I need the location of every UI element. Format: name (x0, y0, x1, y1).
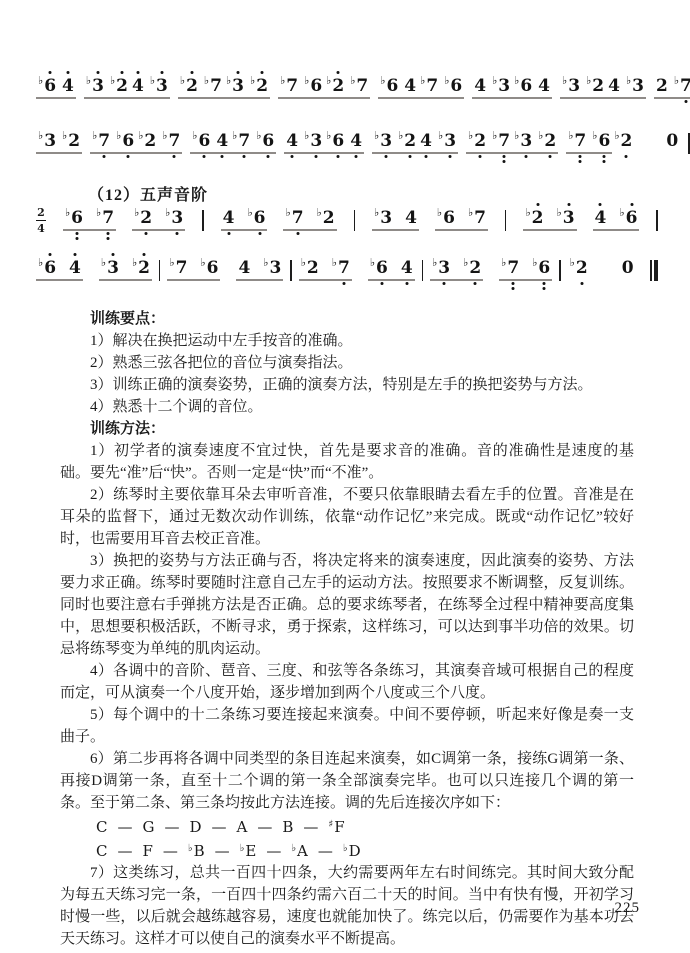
jianpu-note: ♭6 (619, 210, 637, 227)
note-digit: 7 (680, 78, 690, 95)
flat-icon: ♭ (614, 130, 619, 141)
flat-icon: ♭ (162, 130, 167, 141)
octave-dot (380, 282, 383, 285)
key-letter: F (142, 842, 152, 860)
jianpu-note: ♭7 (232, 133, 250, 150)
note-digit: 2 (404, 133, 416, 150)
method-paragraph: 2）练琴时主要依靠耳朵去审听音准，不要只依靠眼睛去看左手的位置。音准是在耳朵的监… (60, 484, 634, 550)
note-digit: 3 (380, 210, 392, 227)
eighth-note-beam: ♭64 (368, 260, 415, 281)
jianpu-note: ♭2 (132, 260, 150, 277)
jianpu-note: ♭7 (332, 260, 350, 277)
jianpu-note: ♭6 (532, 260, 550, 277)
barline (290, 260, 292, 281)
flat-icon: ♭ (38, 75, 43, 86)
jianpu-note: ♭2 (301, 260, 319, 277)
measure: ♭64♭3♭2 (324, 133, 418, 154)
key-name: ♭B (188, 842, 205, 860)
eighth-note-beam: ♭3♭2 (36, 133, 82, 154)
eighth-note-beam: ♭2♭7 (178, 78, 224, 99)
measure: ♭64♭3♭2 (512, 78, 606, 99)
jianpu-note: ♭7 (350, 78, 368, 95)
flat-icon: ♭ (291, 843, 296, 854)
octave-dot (580, 282, 583, 285)
jianpu-note: 4 (474, 78, 486, 95)
note-digit: 3 (438, 260, 450, 277)
flat-icon: ♭ (619, 207, 624, 218)
octave-dot (385, 155, 388, 158)
jianpu-note: ♭2 (463, 260, 481, 277)
flat-icon: ♭ (444, 75, 449, 86)
flat-icon: ♭ (556, 207, 561, 218)
octave-dot (221, 155, 224, 158)
jianpu-note: ♭3 (374, 210, 392, 227)
dash-separator: — (117, 818, 132, 836)
method-paragraph: 5）每个调中的十二条练习要连接起来演奏。中间不要停顿，听起来好像是奏一支曲子。 (60, 704, 634, 748)
flat-icon: ♭ (370, 257, 375, 268)
dash-separator: — (117, 842, 132, 860)
sharp-icon: ♯ (328, 819, 333, 830)
jianpu-note: ♭6 (437, 210, 455, 227)
octave-dot (107, 232, 110, 235)
key-name: ♭D (343, 842, 361, 860)
jianpu-rest: 0 (622, 260, 634, 277)
eighth-note-beam: ♭3♭2 (224, 78, 270, 99)
flat-icon: ♭ (204, 75, 209, 86)
flat-icon: ♭ (568, 130, 573, 141)
keypoint-item: 2）熟悉三弦各把位的音位与演奏指法。 (60, 352, 634, 374)
keypoints-heading: 训练要点： (60, 308, 634, 330)
flat-icon: ♭ (492, 130, 497, 141)
measure: ♭3♭2♭7♭6 (512, 133, 612, 154)
flat-icon: ♭ (38, 257, 43, 268)
jianpu-note: ♭7 (492, 133, 510, 150)
eighth-note-beam: ♭64 (36, 260, 83, 281)
eighth-note-beam: 4♭6 (593, 210, 640, 231)
note-digit: 0 (666, 133, 678, 150)
jianpu-note: ♭7 (96, 210, 114, 227)
dash-separator: — (257, 818, 272, 836)
note-digit: 4 (238, 260, 250, 277)
octave-dot (449, 155, 452, 158)
jianpu-note: ♭3 (374, 133, 392, 150)
eighth-note-beam: ♭3♭2 (512, 133, 558, 154)
measure: ♭7♭64♭3 (230, 133, 324, 154)
jianpu-note: ♭6 (200, 260, 218, 277)
jianpu-note: ♭2 (134, 210, 152, 227)
jianpu-note: 4 (62, 78, 74, 95)
note-digit: 7 (102, 210, 114, 227)
jianpu-note: ♭6 (592, 133, 610, 150)
flat-icon: ♭ (263, 257, 268, 268)
flat-icon: ♭ (285, 207, 290, 218)
eighth-note-beam: ♭6♭7 (63, 210, 116, 231)
octave-dot (625, 155, 628, 158)
flat-icon: ♭ (501, 257, 506, 268)
flat-icon: ♭ (538, 130, 543, 141)
eighth-note-beam: 4♭6 (221, 210, 268, 231)
note-digit: 2 (469, 260, 481, 277)
flat-icon: ♭ (463, 257, 468, 268)
eighth-note-beam: ♭2♭3 (132, 210, 185, 231)
note-digit: 7 (98, 133, 110, 150)
note-digit: 3 (270, 260, 282, 277)
octave-dot (76, 232, 79, 235)
measure: ♭3♭2♭7♭6 (36, 133, 136, 154)
jianpu-note: ♭2 (538, 133, 556, 150)
note-digit: 3 (171, 210, 183, 227)
eighth-note-beam: ♭64 (36, 78, 76, 99)
book-page: ♭64♭3♭24♭3♭2♭7♭3♭2♭7♭6♭2♭7♭64♭7♭64♭3♭64♭… (0, 0, 690, 953)
octave-dot (503, 155, 506, 158)
barline (559, 260, 561, 281)
octave-dot (543, 282, 546, 285)
note-digit: 2 (576, 260, 588, 277)
octave-dot (474, 282, 477, 285)
flat-icon: ♭ (514, 130, 519, 141)
octave-dot (127, 155, 130, 158)
note-digit: 6 (44, 78, 56, 95)
note-digit: 2 (307, 260, 319, 277)
note-digit: 3 (498, 78, 510, 95)
flat-icon: ♭ (514, 75, 519, 86)
eighth-note-beam: 4♭3 (284, 133, 324, 154)
jianpu-note: ♭3 (556, 210, 574, 227)
octave-dot (355, 155, 358, 158)
flat-icon: ♭ (101, 257, 106, 268)
method-paragraph: 3）换把的姿势与方法正确与否，将决定将来的演奏速度，因此演奏的姿势、方法要力求正… (60, 550, 634, 660)
keypoint-item: 3）训练正确的演奏姿势，正确的演奏方法，特别是左手的换把姿势与方法。 (60, 374, 634, 396)
flat-icon: ♭ (116, 130, 121, 141)
note-digit: 2 (323, 210, 335, 227)
key-letter: C (96, 818, 107, 836)
note-digit: 3 (156, 78, 168, 95)
jianpu-note: 4 (420, 133, 432, 150)
note-digit: 6 (626, 210, 638, 227)
octave-dot (191, 71, 194, 74)
flat-icon: ♭ (326, 130, 331, 141)
flat-icon: ♭ (326, 75, 331, 86)
jianpu-note: ♭2 (326, 78, 344, 95)
jianpu-note: ♭7 (501, 260, 519, 277)
eighth-note-beam: ♭2♭7 (324, 78, 370, 99)
key-name: D (189, 818, 201, 836)
note-digit: 6 (122, 133, 134, 150)
jianpu-note: ♭3 (226, 78, 244, 95)
notation-line-4: ♭64♭3♭2♭7♭64♭3♭2♭7♭64♭3♭2♭7♭6♭20 (36, 260, 658, 281)
note-digit: 6 (44, 260, 56, 277)
measure: ♭2♭7♭64 (136, 133, 230, 154)
note-digit: 7 (507, 260, 519, 277)
note-digit: 2 (656, 78, 668, 95)
barline (202, 210, 204, 231)
flat-icon: ♭ (468, 207, 473, 218)
note-digit: 7 (168, 133, 180, 150)
note-digit: 6 (262, 133, 274, 150)
jianpu-note: ♭3 (165, 210, 183, 227)
measure: ♭7♭64♭3 (167, 260, 283, 281)
flat-icon: ♭ (247, 207, 252, 218)
flat-icon: ♭ (438, 130, 443, 141)
jianpu-note: ♭2 (138, 133, 156, 150)
octave-dot (549, 155, 552, 158)
jianpu-note: 4 (216, 133, 228, 150)
note-digit: 7 (474, 210, 486, 227)
note-digit: 3 (310, 133, 322, 150)
body-text: 训练要点： 1）解决在换把运动中左手按音的准确。 2）熟悉三弦各把位的音位与演奏… (60, 308, 634, 950)
barline-thin (688, 133, 690, 154)
barline-thin (650, 260, 652, 281)
key-name: ♭A (291, 842, 308, 860)
flat-icon: ♭ (188, 843, 193, 854)
key-letter: C (96, 842, 107, 860)
jianpu-note: ♭6 (444, 78, 462, 95)
note-digit: 3 (563, 210, 575, 227)
octave-dot (176, 232, 179, 235)
jianpu-note: ♭3 (101, 260, 119, 277)
flat-icon: ♭ (626, 75, 631, 86)
eighth-note-beam: 4♭3 (606, 78, 646, 99)
eighth-note-beam: ♭7♭2 (283, 210, 336, 231)
note-digit: 2 (186, 78, 198, 95)
octave-dot (49, 253, 52, 256)
note-digit: 2 (532, 210, 544, 227)
note-digit: 2 (544, 133, 556, 150)
jianpu-note: ♭6 (192, 133, 210, 150)
flat-icon: ♭ (165, 207, 170, 218)
octave-dot (66, 71, 69, 74)
note-digit: 4 (474, 78, 486, 95)
note-digit: 6 (520, 78, 532, 95)
note-digit: 3 (632, 78, 644, 95)
octave-dot (405, 282, 408, 285)
key-name: ♭E (240, 842, 257, 860)
octave-dot (536, 203, 539, 206)
measure: 4♭3♭2♭7 (418, 133, 512, 154)
note-digit: 6 (207, 260, 219, 277)
jianpu-note: ♭2 (586, 78, 604, 95)
jianpu-note: ♭2 (317, 210, 335, 227)
octave-dot (107, 237, 110, 240)
jianpu-note: ♭2 (614, 133, 632, 150)
measure: ♭3♭2♭7♭6 (430, 260, 552, 281)
time-signature: 24 (36, 207, 46, 234)
flat-icon: ♭ (562, 75, 567, 86)
jianpu-note: ♭3 (562, 78, 580, 95)
jianpu-note: ♭6 (116, 133, 134, 150)
eighth-note-beam: ♭34 (372, 210, 419, 231)
octave-dot (173, 155, 176, 158)
jianpu-note: ♭7 (468, 210, 486, 227)
jianpu-note: 4 (238, 260, 250, 277)
octave-dot (603, 155, 606, 158)
key-letter: E (245, 842, 256, 860)
octave-dot (543, 287, 546, 290)
key-name: F (142, 842, 152, 860)
note-digit: 4 (223, 210, 235, 227)
jianpu-note: ♭6 (370, 260, 388, 277)
note-digit: 4 (286, 133, 298, 150)
eighth-note-beam: ♭7♭6 (499, 260, 552, 281)
eighth-note-beam: 2♭7 (654, 78, 690, 99)
key-letter: B (194, 842, 205, 860)
jianpu-note: 4 (538, 78, 550, 95)
measure: ♭2♭7♭64 (299, 260, 415, 281)
quarter-note-group: 0 (664, 133, 680, 154)
measure: ♭20 (612, 133, 688, 154)
jianpu-note: ♭3 (304, 133, 322, 150)
barline (656, 210, 658, 231)
octave-dot (512, 287, 515, 290)
eighth-note-beam: 4♭3 (236, 260, 283, 281)
note-digit: 3 (92, 78, 104, 95)
key-letter: A (297, 842, 308, 860)
octave-dot (291, 155, 294, 158)
flat-icon: ♭ (110, 75, 115, 86)
eighth-note-beam: ♭3♭2 (84, 78, 130, 99)
flat-icon: ♭ (200, 257, 205, 268)
octave-dot (112, 253, 115, 256)
octave-dot (342, 282, 345, 285)
octave-dot (243, 155, 246, 158)
note-digit: 4 (69, 260, 81, 277)
octave-dot (76, 237, 79, 240)
flat-icon: ♭ (134, 207, 139, 218)
octave-dot (603, 160, 606, 163)
flat-icon: ♭ (192, 130, 197, 141)
flat-icon: ♭ (674, 75, 679, 86)
jianpu-note: ♭3 (432, 260, 450, 277)
octave-dot (684, 100, 687, 103)
key-name: C (96, 842, 107, 860)
note-digit: 4 (538, 78, 550, 95)
eighth-note-beam: ♭2♭7 (299, 260, 352, 281)
jianpu-note: 4 (132, 78, 144, 95)
eighth-note-beam: ♭7♭6 (230, 133, 276, 154)
octave-dot (267, 155, 270, 158)
flat-icon: ♭ (380, 75, 385, 86)
key-letter: F (334, 818, 344, 836)
key-letter: D (189, 818, 201, 836)
jianpu-note: ♭2 (468, 133, 486, 150)
eighth-note-beam: ♭6♭7 (435, 210, 488, 231)
measure: ♭6♭7♭2♭3 (63, 210, 185, 231)
eighth-note-beam: ♭64 (190, 133, 230, 154)
jianpu-note: ♭2 (525, 210, 543, 227)
flat-icon: ♭ (132, 257, 137, 268)
key-letter: D (349, 842, 361, 860)
barline (354, 210, 356, 231)
jianpu-note: ♭2 (180, 78, 198, 95)
flat-icon: ♭ (437, 207, 442, 218)
octave-dot (136, 71, 139, 74)
note-digit: 6 (198, 133, 210, 150)
notation-line-1: ♭64♭3♭24♭3♭2♭7♭3♭2♭7♭6♭2♭7♭64♭7♭64♭3♭64♭… (36, 78, 658, 99)
key-name: A (237, 818, 248, 836)
jianpu-note: ♭2 (62, 133, 80, 150)
jianpu-note: 2 (656, 78, 668, 95)
note-digit: 7 (238, 133, 250, 150)
note-digit: 6 (332, 133, 344, 150)
note-digit: 4 (595, 210, 607, 227)
note-digit: 3 (44, 133, 56, 150)
measure: ♭34♭6♭7 (372, 210, 488, 231)
note-digit: 4 (401, 260, 413, 277)
jianpu-note: 4 (401, 260, 413, 277)
measure: 4♭32♭7 (606, 78, 690, 99)
jianpu-note: ♭6 (380, 78, 398, 95)
eighth-note-beam: ♭7♭6 (566, 133, 612, 154)
measure: ♭7♭64♭3 (418, 78, 512, 99)
notation-line-2: ♭3♭2♭7♭6♭2♭7♭64♭7♭64♭3♭64♭3♭24♭3♭2♭7♭3♭2… (36, 133, 658, 154)
eighth-note-beam: ♭3♭2 (99, 260, 152, 281)
jianpu-note: ♭7 (420, 78, 438, 95)
octave-dot (409, 155, 412, 158)
note-digit: 2 (256, 78, 268, 95)
jianpu-note: 4 (405, 210, 417, 227)
eighth-note-beam: 4♭3 (472, 78, 512, 99)
jianpu-note: ♭6 (247, 210, 265, 227)
note-digit: 7 (210, 78, 222, 95)
flat-icon: ♭ (317, 207, 322, 218)
jianpu-note: ♭2 (570, 260, 588, 277)
octave-dot (503, 160, 506, 163)
methods-heading: 训练方法： (60, 418, 634, 440)
method-paragraph: 4）各调中的音阶、琶音、三度、和弦等各条练习，其演奏音域可根据自己的程度而定，可… (60, 660, 634, 704)
jianpu-note: ♭6 (38, 78, 56, 95)
octave-dot (512, 282, 515, 285)
octave-dot (443, 282, 446, 285)
quarter-note-group: ♭2 (568, 260, 590, 281)
note-digit: 2 (474, 133, 486, 150)
eighth-note-beam: ♭3♭2 (372, 133, 418, 154)
flat-icon: ♭ (62, 130, 67, 141)
jianpu-note: ♭7 (162, 133, 180, 150)
note-digit: 2 (140, 210, 152, 227)
note-digit: 3 (232, 78, 244, 95)
note-digit: 4 (608, 78, 620, 95)
flat-icon: ♭ (96, 207, 101, 218)
measure: ♭64♭3♭2 (36, 260, 152, 281)
octave-dot (261, 71, 264, 74)
flat-icon: ♭ (240, 843, 245, 854)
note-digit: 2 (592, 78, 604, 95)
quarter-note-group: 0 (620, 260, 636, 281)
flat-icon: ♭ (420, 75, 425, 86)
barline (159, 260, 161, 281)
jianpu-note: ♭2 (398, 133, 416, 150)
note-digit: 7 (426, 78, 438, 95)
note-digit: 2 (144, 133, 156, 150)
note-digit: 2 (68, 133, 80, 150)
note-digit: 7 (338, 260, 350, 277)
jianpu-note: ♭3 (492, 78, 510, 95)
jianpu-note: ♭7 (285, 210, 303, 227)
jianpu-note: ♭6 (65, 210, 83, 227)
flat-icon: ♭ (374, 130, 379, 141)
flat-icon: ♭ (301, 257, 306, 268)
eighth-note-beam: ♭7♭6 (418, 78, 464, 99)
note-digit: 3 (520, 133, 532, 150)
octave-dot (425, 155, 428, 158)
jianpu-note: ♭7 (169, 260, 187, 277)
measure: 4♭6♭7♭2 (221, 210, 337, 231)
note-digit: 4 (132, 78, 144, 95)
flat-icon: ♭ (92, 130, 97, 141)
flat-icon: ♭ (468, 130, 473, 141)
octave-dot (579, 155, 582, 158)
key-sequence-sharps: C—G—D—A—B—♯F (60, 814, 634, 838)
